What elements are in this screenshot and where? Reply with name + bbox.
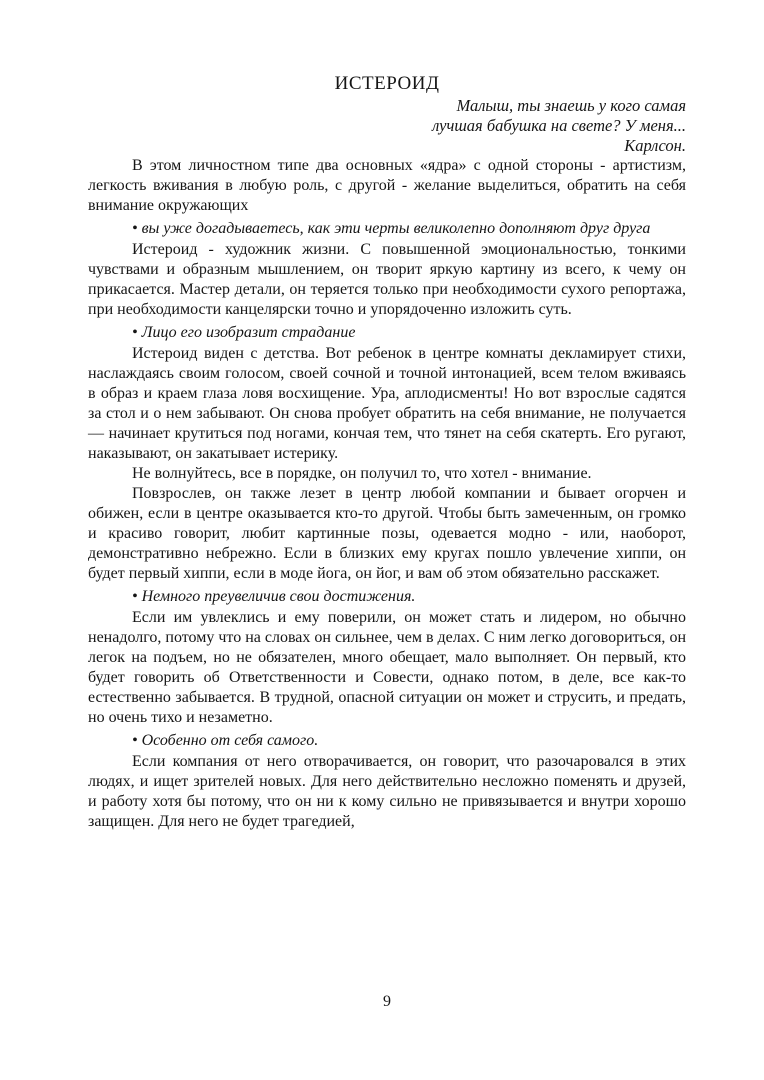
epigraph: Малыш, ты знаешь у кого самая лучшая баб… [88,96,686,156]
paragraph: Если им увлеклись и ему поверили, он мож… [88,608,686,728]
bullet-paragraph: • Особенно от себя самого. [88,731,686,751]
epigraph-line: лучшая бабушка на свете? У меня... [88,116,686,136]
paragraph: Истероид виден с детства. Вот ребенок в … [88,344,686,464]
paragraph: Повзрослев, он также лезет в центр любой… [88,484,686,584]
page-number: 9 [88,992,686,1012]
book-page: ИСТЕРОИД Малыш, ты знаешь у кого самая л… [0,0,764,1080]
epigraph-line: Малыш, ты знаешь у кого самая [88,96,686,116]
epigraph-attribution: Карлсон. [88,136,686,156]
bullet-paragraph: • вы уже догадываетесь, как эти черты ве… [88,219,686,239]
paragraph: Не волнуйтесь, все в порядке, он получил… [88,464,686,484]
page-content: ИСТЕРОИД Малыш, ты знаешь у кого самая л… [88,74,686,832]
paragraph: Если компания от него отворачивается, он… [88,752,686,832]
bullet-paragraph: • Немного преувеличив свои достижения. [88,587,686,607]
paragraph: В этом личностном типе два основных «ядр… [88,156,686,216]
bullet-paragraph: • Лицо его изобразит страдание [88,323,686,343]
paragraph: Истероид - художник жизни. С повышенной … [88,240,686,320]
page-title: ИСТЕРОИД [88,74,686,94]
